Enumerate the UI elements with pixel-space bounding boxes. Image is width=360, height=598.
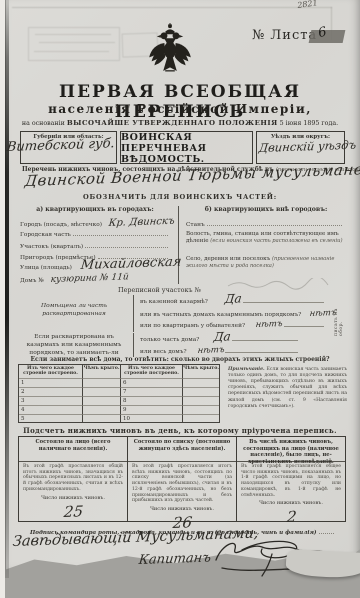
buildings-row-8-roof	[182, 396, 219, 405]
designate-heading: ОБОЗНАЧИТЬ ДЛЯ ВОИНСКИХЪ ЧАСТЕЙ:	[0, 193, 360, 201]
statute-post: 5 іюня 1895 года.	[280, 120, 338, 127]
precinct-faint-handwriting	[226, 278, 330, 290]
rural-column-heading: б) квартирующихъ внѣ городовъ:	[186, 206, 346, 213]
count-col-nonchristian-value: 2	[237, 506, 345, 526]
quarters-columns: а) квартирующихъ въ городахъ: Городъ (по…	[20, 204, 346, 285]
quartering-block-2: Если расквартирована въ казармахъ или ка…	[20, 333, 328, 357]
census-subtitle: населенія Россійской Имперіи,	[0, 102, 360, 116]
count-heading: Подсчетъ нижнихъ чиновъ въ день, къ кото…	[0, 426, 360, 435]
buildings-col-material-right: Изъ чего каждое строеніе построено.	[120, 365, 182, 378]
rural-row-selo: Село, деревня или поселокъ (присвоенное …	[186, 256, 344, 270]
count-col-present-value: 25	[19, 501, 127, 521]
footnote: Примѣчаніе. Если воинская часть занимает…	[228, 367, 347, 410]
q1-option-lodging-answer: нѣтъ	[255, 319, 283, 330]
rural-row-stan-label: Станъ	[186, 222, 205, 228]
city-row-gorod-label: Городъ (посадъ, мѣстечко)	[20, 222, 102, 228]
signature-rank: Капитанъ	[138, 551, 212, 568]
q2-option-part-label: только часть дома?	[140, 337, 199, 343]
city-row-uchastok-label: Участокъ (кварталъ)	[20, 244, 83, 250]
q2-divider	[133, 333, 134, 357]
quartering-q1-label: Помѣщена ли часть расквартированная	[22, 303, 126, 319]
quartering-q2-label: Если расквартирована въ казармахъ или ка…	[22, 334, 126, 358]
count-col-listed-fineprint: Въ этой графѣ проставляется итогъ всѣхъ …	[128, 462, 236, 506]
q1-option-lodging-label: или по квартирамъ у обывателей?	[140, 323, 245, 329]
buildings-col-roof-left: Чѣмъ крыто.	[82, 365, 120, 378]
rural-row-stan: Станъ	[186, 220, 344, 228]
bleedthrough-table	[28, 27, 120, 61]
quartering-block-1: Помѣщена ли часть расквартированная въ к…	[20, 295, 328, 332]
city-row-gorod-value: Кр. Двинскъ	[108, 216, 175, 229]
buildings-row-6: 6	[120, 378, 182, 387]
form-title-box: ВОИНСКАЯ ПЕРЕЧНЕВАЯ ВѢДОМОСТЬ.	[120, 131, 253, 164]
city-row-dom-value: кузюрина № 11й	[50, 272, 129, 285]
q2-option-part: только часть дома? Да	[140, 335, 300, 344]
q1-option-private: или въ частныхъ домахъ казарменнымъ поря…	[140, 309, 326, 319]
city-row-gorod: Городъ (посадъ, мѣстечко) Кр. Двинскъ	[20, 218, 170, 229]
buildings-row-5-roof	[82, 414, 120, 423]
city-row-chast-label: Городская часть	[20, 232, 71, 238]
count-value-2: 2	[286, 508, 297, 526]
rural-row-volost-note: (если воинская часть расположена въ селе…	[210, 238, 342, 244]
buildings-row-9-roof	[182, 405, 219, 414]
count-col-listed-header: Состояло по списку (постоянно живущаго з…	[128, 437, 236, 462]
buildings-row-4-roof	[82, 405, 120, 414]
city-row-dom-label: Домъ №	[20, 278, 44, 284]
buildings-col-material-left: Изъ чего каждое строеніе построено.	[19, 365, 82, 378]
column-divider	[178, 206, 179, 284]
buildings-row-1: 1	[19, 378, 82, 387]
buildings-row-2-roof	[82, 387, 120, 396]
buildings-row-9: 9	[120, 405, 182, 414]
footnote-title: Примѣчаніе.	[228, 367, 265, 372]
q1-divider	[133, 295, 134, 332]
bleedthrough-top-rule	[12, 7, 332, 8]
rural-row-selo-label: Село, деревня или поселокъ	[186, 256, 270, 262]
count-table: Состояло на лицо (всего наличнаго населе…	[18, 436, 346, 522]
city-row-ulitsa-value: Михайловская	[80, 255, 182, 273]
count-value-25: 25	[63, 502, 84, 521]
q1-option-lodging: или по квартирамъ у обывателей? нѣтъ	[140, 320, 326, 330]
count-col-present: Состояло на лицо (всего наличнаго населе…	[19, 437, 127, 521]
city-row-dom: Домъ № кузюрина № 11й	[20, 275, 170, 285]
q2-option-part-answer: Да	[213, 329, 231, 344]
count-col-listed: Состояло по списку (постоянно живущаго з…	[127, 437, 236, 521]
count-col-present-fineprint: Въ этой графѣ проставляется общій итогъ …	[19, 462, 127, 495]
buildings-row-7: 7	[120, 387, 182, 396]
buildings-row-3: 3	[19, 396, 82, 405]
buildings-row-5: 5	[19, 414, 82, 423]
precinct-label: Переписной участокъ №	[118, 286, 201, 294]
q1-option-private-label: или въ частныхъ домахъ казарменнымъ поря…	[140, 312, 301, 318]
count-col-present-header: Состояло на лицо (всего наличнаго населе…	[19, 437, 127, 462]
q1-option-barracks-answer: Да	[224, 291, 242, 306]
statute-caps: ВЫСОЧАЙШЕ УТВЕРЖДЕННАГО ПОЛОЖЕНІЯ	[67, 119, 278, 127]
q2-option-whole: или весь домъ? нѣтъ	[140, 346, 300, 356]
count-col-nonchristian-header: Въ числѣ нижнихъ чиновъ, состоящихъ на л…	[237, 437, 345, 462]
buildings-row-8: 8	[120, 396, 182, 405]
q2-option-whole-answer: нѣтъ	[197, 345, 225, 356]
q2-option-whole-label: или весь домъ?	[140, 349, 187, 355]
q1-option-barracks: въ казенной казармѣ? Да	[140, 297, 326, 306]
count-col-nonchristian: Въ числѣ нижнихъ чиновъ, состоящихъ на л…	[236, 437, 345, 521]
buildings-row-6-roof	[182, 378, 219, 387]
census-statute-line: на основаніи ВЫСОЧАЙШЕ УТВЕРЖДЕННАГО ПОЛ…	[0, 119, 360, 127]
buildings-col-roof-right: Чѣмъ крыто.	[182, 365, 219, 378]
sheet-number-label: № Листа	[252, 28, 317, 43]
buildings-row-3-roof	[82, 396, 120, 405]
buildings-row-4: 4	[19, 405, 82, 414]
count-col-nonchristian-fineprint: Въ этой графѣ проставляется общее число …	[237, 462, 345, 500]
city-row-chast: Городская часть	[20, 230, 170, 238]
city-row-ulitsa: Улица (площадь) Михайловская	[20, 262, 170, 273]
margin-vertical-note: писать на обор.	[334, 296, 344, 336]
city-column-heading: а) квартирующихъ въ городахъ:	[20, 206, 170, 213]
rural-row-volost: Волость, гмина, станица или соотвѣтствую…	[186, 231, 344, 245]
buildings-row-10-roof	[182, 414, 219, 423]
buildings-row-10: 10	[120, 414, 182, 423]
form-title: ВОИНСКАЯ ПЕРЕЧНЕВАЯ ВѢДОМОСТЬ.	[121, 132, 252, 165]
city-row-uchastok: Участокъ (кварталъ)	[20, 242, 170, 250]
city-row-ulitsa-label: Улица (площадь)	[20, 265, 72, 271]
census-form-scan: 2821 № Листа 6	[0, 0, 360, 598]
quartering-q3-line: Если занимаетъ всѣ дома, то отвѣтить: ск…	[20, 356, 340, 363]
buildings-table: Изъ чего каждое строеніе построено. Чѣмъ…	[18, 364, 220, 423]
buildings-row-7-roof	[182, 387, 219, 396]
imperial-eagle-icon	[146, 22, 194, 80]
footnote-body: Если воинская часть занимаетъ только оди…	[228, 367, 347, 409]
buildings-row-2: 2	[19, 387, 82, 396]
statute-pre: на основаніи	[22, 120, 65, 127]
q1-option-barracks-label: въ казенной казармѣ?	[140, 299, 208, 305]
buildings-row-1-roof	[82, 378, 120, 387]
